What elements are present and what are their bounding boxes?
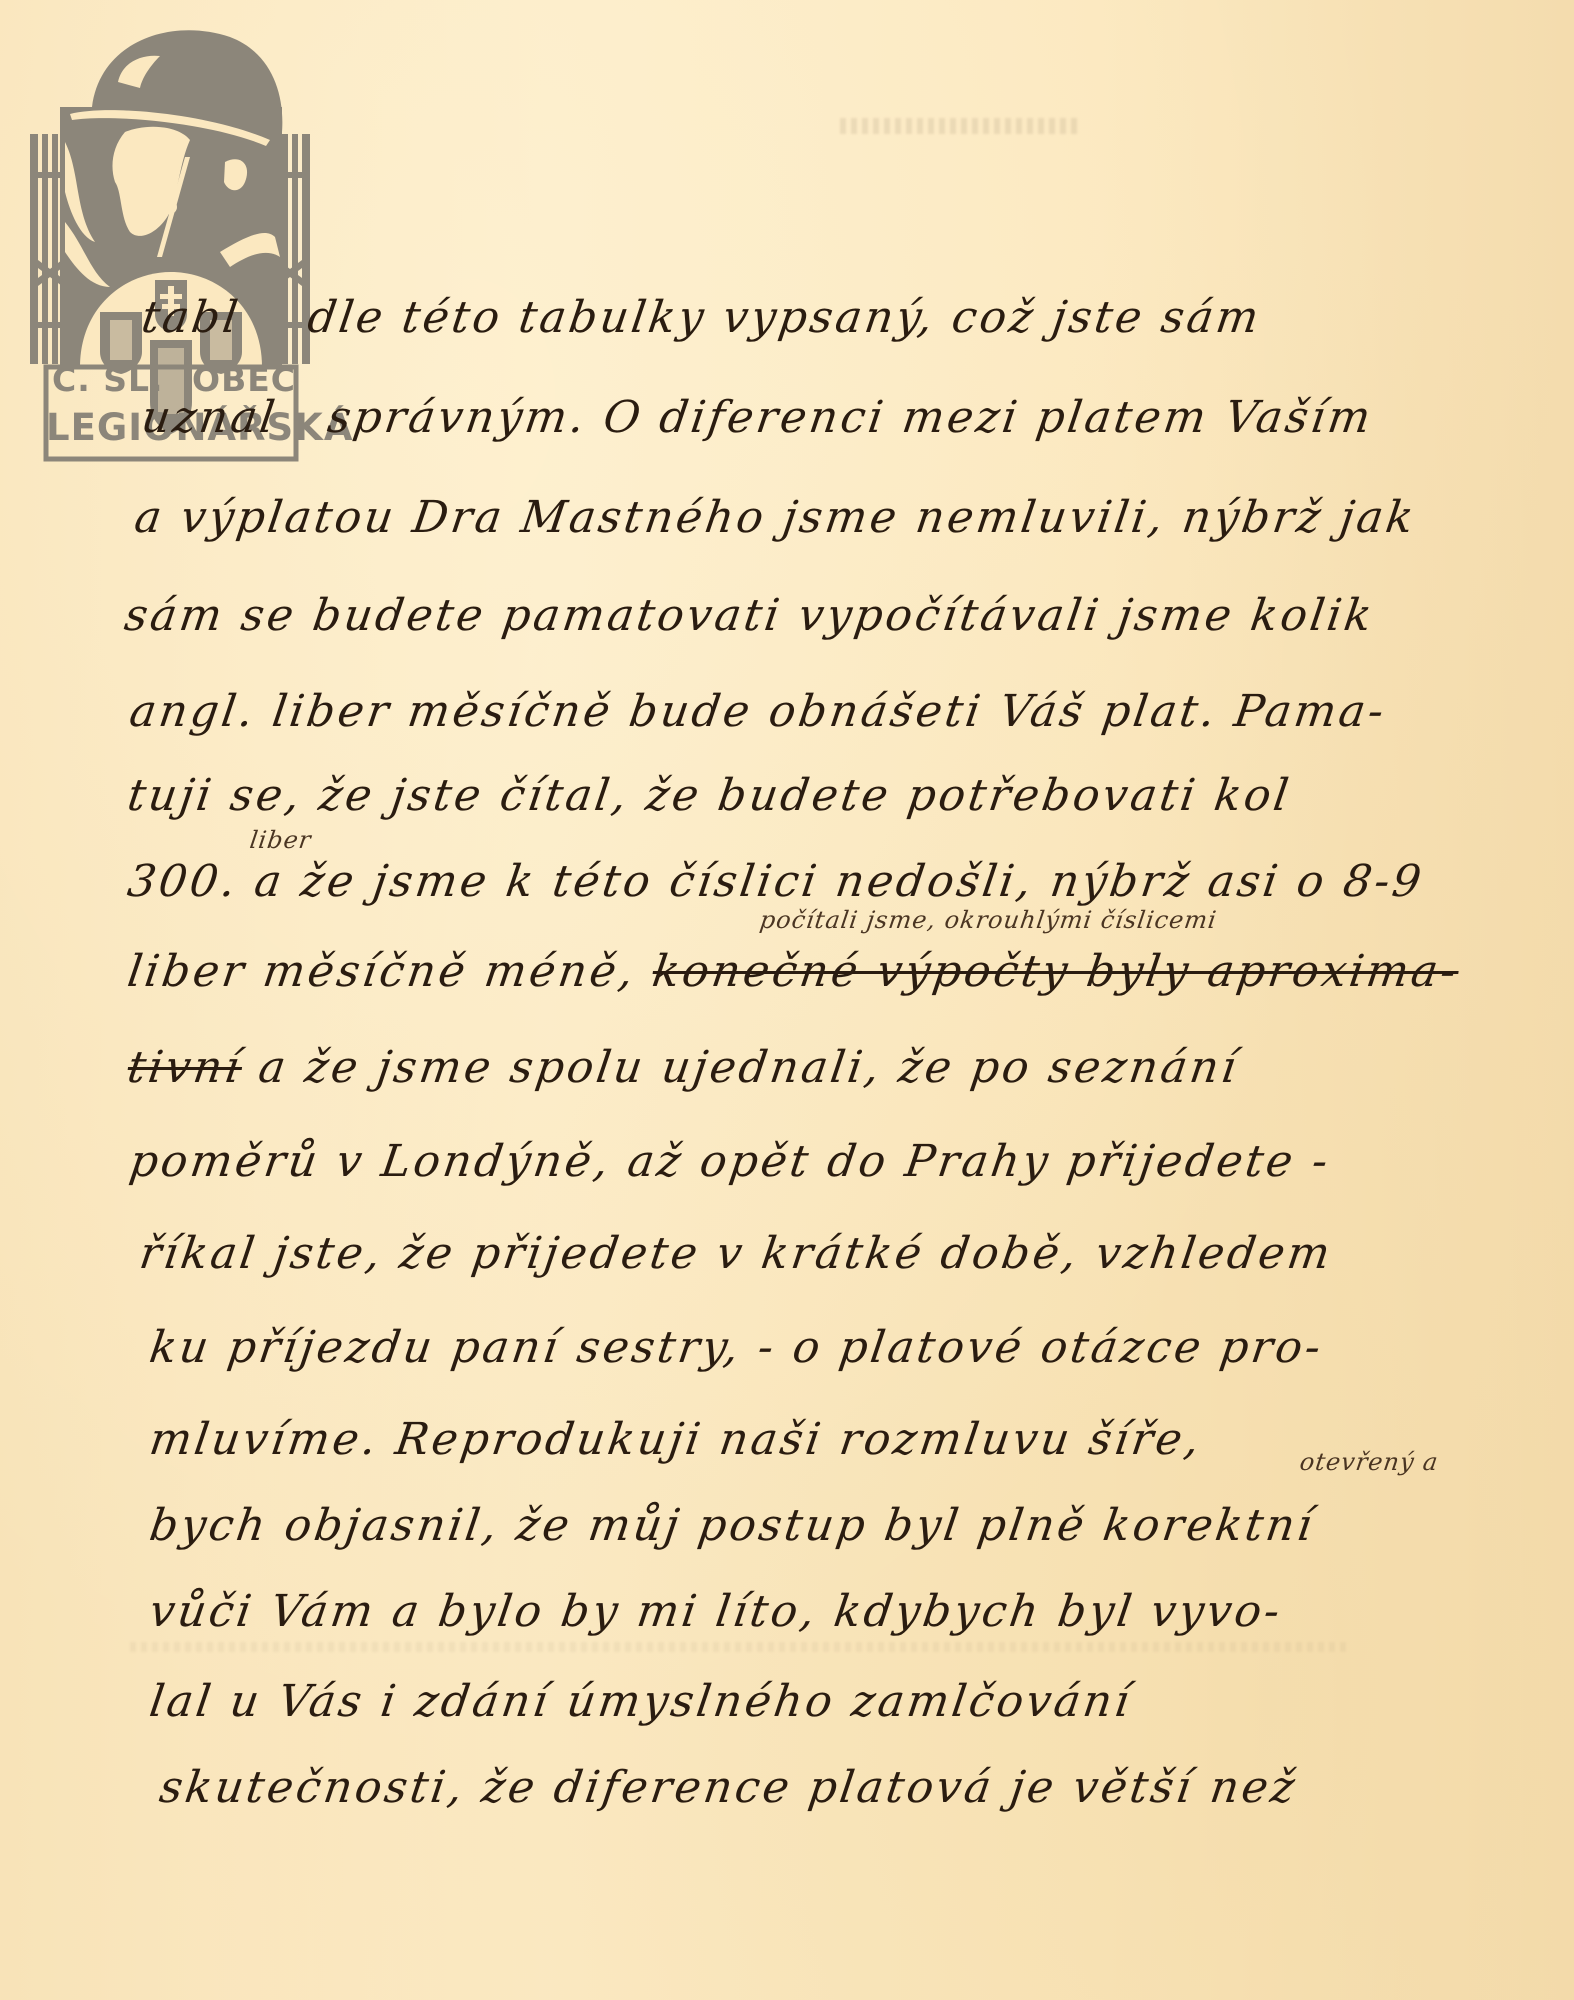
line-text: správným. O diferenci mezi platem Vaším bbox=[325, 392, 1377, 443]
letter-line-13: mluvíme. Reprodukuji naši rozmluvu šíře, bbox=[146, 1414, 1205, 1465]
insertion-liber: liber bbox=[248, 826, 313, 854]
line-text: dle této tabulky vypsaný, což jste sám bbox=[305, 292, 1265, 343]
insertion-pocitali: počítali jsme, okrouhlými číslicemi bbox=[758, 906, 1219, 934]
struck-text: tivní bbox=[124, 1042, 245, 1093]
struck-text: konečné výpočty byly aproxima- bbox=[649, 946, 1462, 997]
letter-line-4: sám se budete pamatovati vypočítávali js… bbox=[121, 590, 1377, 641]
letter-line-6: tuji se, že jste čítal, že budete potřeb… bbox=[124, 770, 1294, 821]
letter-line-7: 300. a že jsme k této číslici nedošli, n… bbox=[124, 856, 1427, 907]
line-text: liber měsíčně méně, bbox=[124, 946, 639, 997]
letter-line-2: uznal správným. O diferenci mezi platem … bbox=[138, 392, 1376, 443]
letter-line-11: říkal jste, že přijedete v krátké době, … bbox=[136, 1228, 1336, 1279]
margin-word: uznal bbox=[138, 392, 280, 443]
letter-page: Č. SL. OBEC LEGIONÁŘSKÁ tabl dle této ta… bbox=[0, 0, 1574, 2000]
letter-line-16: lal u Vás i zdání úmyslného zamlčování bbox=[146, 1676, 1135, 1727]
margin-word: tabl bbox=[138, 292, 243, 343]
letter-line-9: tivní a že jsme spolu ujednali, že po se… bbox=[124, 1042, 1242, 1093]
insertion-otevreny: otevřený a bbox=[1298, 1448, 1440, 1476]
letter-line-3: a výplatou Dra Mastného jsme nemluvili, … bbox=[131, 492, 1419, 543]
letter-line-1: tabl dle této tabulky vypsaný, což jste … bbox=[138, 292, 1264, 343]
bleed-through-text bbox=[130, 1642, 1350, 1652]
letter-line-17: skutečnosti, že diference platová je vět… bbox=[156, 1762, 1300, 1813]
line-text: a že jsme spolu ujednali, že po seznání bbox=[255, 1042, 1242, 1093]
letter-line-14: bych objasnil, že můj postup byl plně ko… bbox=[146, 1500, 1318, 1551]
letter-line-15: vůči Vám a bylo by mi líto, kdybych byl … bbox=[146, 1586, 1285, 1637]
bleed-through-text bbox=[840, 118, 1080, 134]
letter-line-10: poměrů v Londýně, až opět do Prahy přije… bbox=[126, 1136, 1333, 1187]
letter-line-5: angl. liber měsíčně bude obnášeti Váš pl… bbox=[126, 686, 1389, 737]
letter-line-8: liber měsíčně méně, konečné výpočty byly… bbox=[124, 946, 1462, 997]
letter-line-12: ku příjezdu paní sestry, - o platové otá… bbox=[146, 1322, 1326, 1373]
